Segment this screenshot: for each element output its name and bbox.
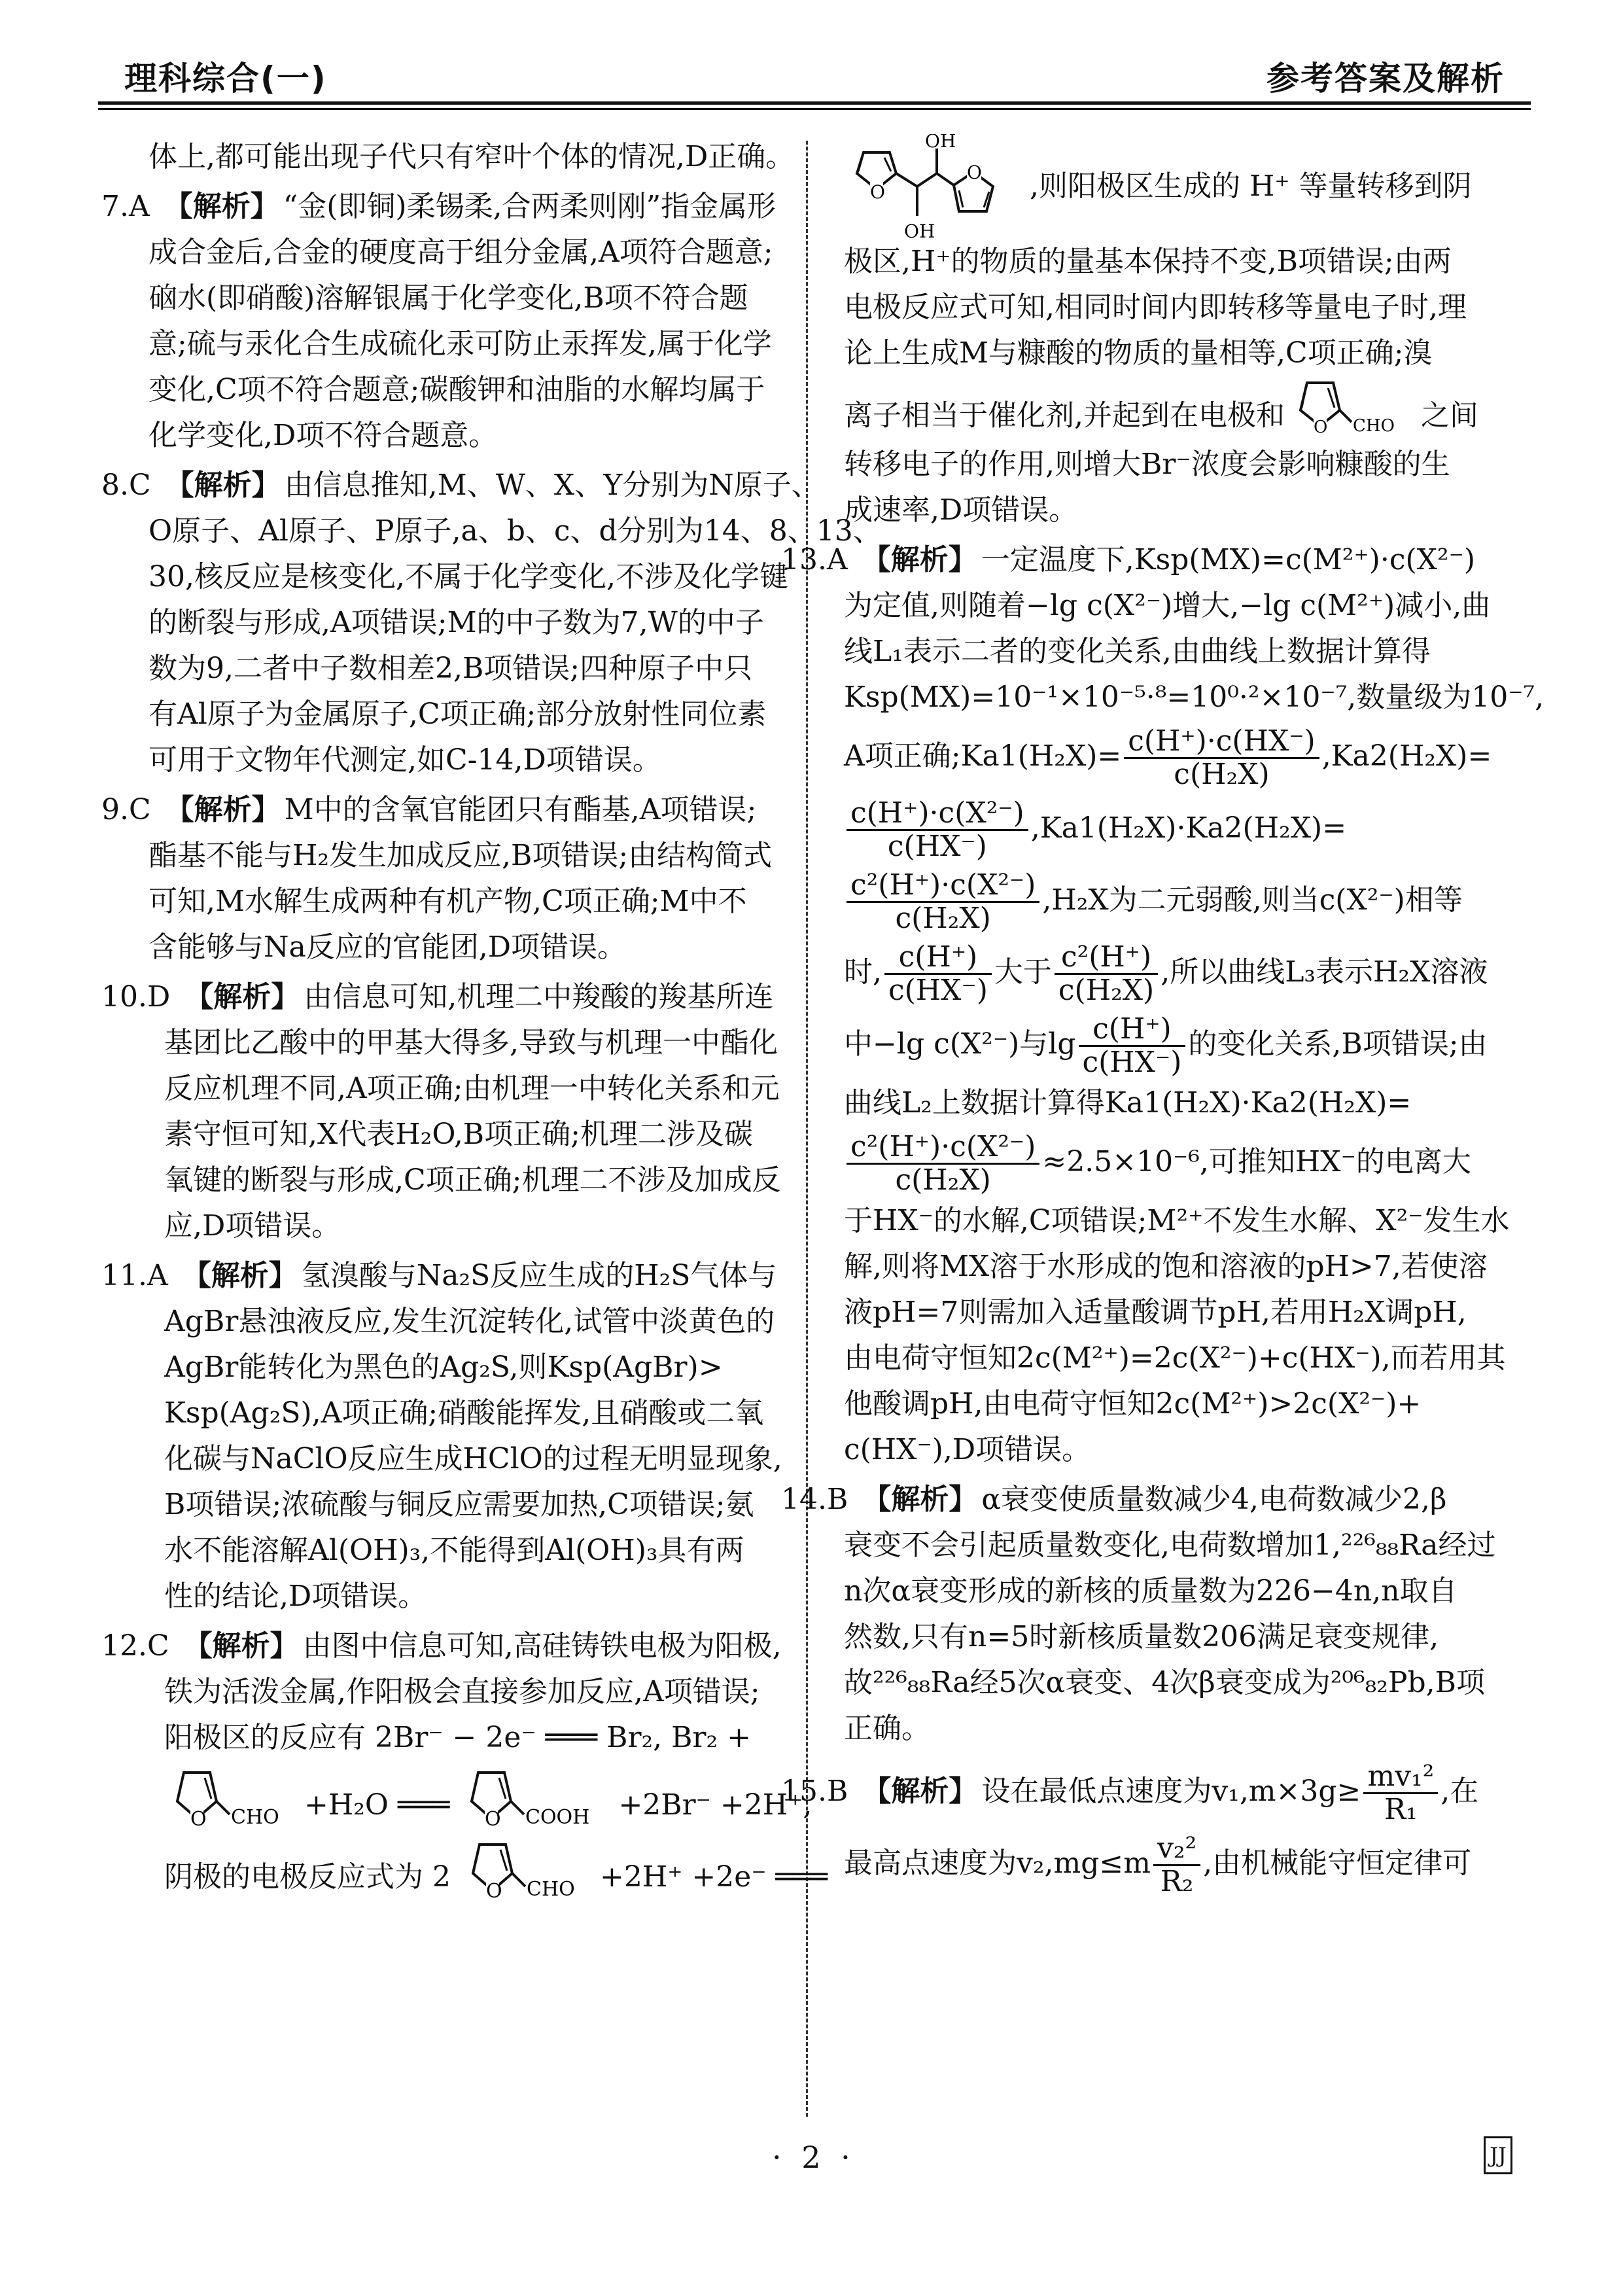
answer-item-10: 10.D【解析】由信息可知,机理二中羧酸的羧基所连 基团比乙酸中的甲基大得多,导… <box>101 974 795 1249</box>
answer-item-13: 13.A【解析】一定温度下,Ksp(MX)=c(M²⁺)·c(X²⁻) 为定值,… <box>844 537 1537 1473</box>
line: 反应机理不同,A项正确;由机理一中转化关系和元 <box>101 1066 795 1112</box>
line: n次α衰变形成的新核的质量数为226−4n,n取自 <box>844 1568 1537 1614</box>
fraction: c²(H⁺)·c(X²⁻)c(H₂X) <box>846 1131 1039 1196</box>
analysis-tag: 【解析】 <box>164 190 279 223</box>
denominator: c(H₂X) <box>1124 759 1319 790</box>
line: 最高点速度为v₂,mg≤mv₂²R₂,由机械能守恒定律可 <box>844 1828 1537 1899</box>
line: “金(即铜)柔锡柔,合两柔则刚”指金属形 <box>283 190 776 223</box>
line: α衰变使质量数减少4,电荷数减少2,β <box>981 1483 1446 1516</box>
line: 极区,H⁺的物质的量基本保持不变,B项错误;由两 <box>844 239 1537 285</box>
line: 素守恒可知,X代表H₂O,B项正确;机理二涉及碳 <box>101 1112 795 1157</box>
numerator: c²(H⁺)·c(X²⁻) <box>846 1131 1039 1165</box>
numerator: v₂² <box>1153 1833 1200 1866</box>
line: c(HX⁻),D项错误。 <box>844 1427 1537 1473</box>
line: Ksp(MX)=10⁻¹×10⁻⁵·⁸=10⁰·²×10⁻⁷,数量级为10⁻⁷, <box>844 675 1537 720</box>
line: 由信息可知,机理二中羧酸的羧基所连 <box>304 980 773 1014</box>
line: 正确。 <box>844 1706 1537 1752</box>
line: 性的结论,D项错误。 <box>101 1574 795 1619</box>
right-column: O OH OH O ,则阳极区生成的 H⁺ 等量转移到阴 极区,H⁺的物质的量基… <box>844 134 1537 1899</box>
analysis-tag: 【解析】 <box>166 793 281 826</box>
ka2-line: c(H⁺)·c(X²⁻)c(HX⁻),Ka1(H₂X)·Ka2(H₂X)= <box>844 792 1537 864</box>
question-number: 12. <box>101 1629 147 1663</box>
svg-text:O: O <box>190 1808 207 1826</box>
line: 曲线L₂上数据计算得Ka1(H₂X)·Ka2(H₂X)= <box>844 1080 1537 1126</box>
svg-text:CHO: CHO <box>231 1806 279 1826</box>
answer-item-15: 15.B【解析】设在最低点速度为v₁,m×3g≥mv₁²R₁,在 最高点速度为v… <box>844 1756 1537 1899</box>
question-number: 7. <box>101 190 129 223</box>
answer-item-12: 12.C【解析】由图中信息可知,高硅铸铁电极为阳极, 铁为活泼金属,作阳极会直接… <box>101 1623 795 1905</box>
equation-tail: +2H⁺ +2e⁻ ═══ <box>600 1860 828 1894</box>
text: 中−lg c(X²⁻)与lg <box>844 1027 1076 1061</box>
line: 30,核反应是核变化,不属于化学变化,不涉及化学键 <box>101 554 795 600</box>
question-number: 13. <box>781 543 827 576</box>
fraction: c(H⁺)·c(HX⁻)c(H₂X) <box>1124 726 1319 790</box>
question-number: 9. <box>101 793 129 826</box>
svg-text:CHO: CHO <box>1353 416 1395 435</box>
answer-letter: B <box>827 1483 848 1516</box>
approx-line: c²(H⁺)·c(X²⁻)c(H₂X)≈2.5×10⁻⁶,可推知HX⁻的电离大 <box>844 1126 1537 1198</box>
line: 化学变化,D项不符合题意。 <box>101 413 795 459</box>
svg-text:CHO: CHO <box>527 1878 575 1898</box>
text: ,由机械能守恒定律可 <box>1203 1846 1471 1880</box>
lg-line: 中−lg c(X²⁻)与lgc(H⁺)c(HX⁻)的变化关系,B项错误;由 <box>844 1008 1537 1080</box>
fraction: mv₁²R₁ <box>1363 1761 1438 1826</box>
continuation-text: 体上,都可能出现子代只有窄叶个体的情况,D正确。 <box>101 134 795 180</box>
line: 的断裂与形成,A项错误;M的中子数为7,W的中子 <box>101 600 795 646</box>
section-title: 参考答案及解析 <box>1266 52 1505 99</box>
text: ,Ka1(H₂X)·Ka2(H₂X)= <box>1031 811 1346 845</box>
answer-letter: A <box>147 1259 168 1292</box>
answer-item-14: 14.B【解析】α衰变使质量数减少4,电荷数减少2,β 衰变不会引起质量数变化,… <box>844 1477 1537 1752</box>
text: ≈2.5×10⁻⁶,可推知HX⁻的电离大 <box>1042 1145 1471 1178</box>
svg-text:OH: OH <box>925 134 956 152</box>
question-number: 14. <box>781 1483 827 1516</box>
line: 酯基不能与H₂发生加成反应,B项错误;由结构简式 <box>101 833 795 879</box>
line: 故²²⁶₈₈Ra经5次α衰变、4次β衰变成为²⁰⁶₈₂Pb,B项 <box>844 1660 1537 1706</box>
question-number: 8. <box>101 468 129 502</box>
line: O原子、Al原子、P原子,a、b、c、d分别为14、8、13、 <box>101 508 795 554</box>
fraction: c²(H⁺)c(H₂X) <box>1055 942 1158 1006</box>
line: 阳极区的反应有 2Br⁻ − 2e⁻ ═══ Br₂, Br₂ + <box>101 1715 795 1761</box>
text: ,在 <box>1440 1775 1478 1808</box>
line: Ksp(Ag₂S),A项正确;硝酸能挥发,且硝酸或二氧 <box>101 1390 795 1436</box>
analysis-tag: 【解析】 <box>184 1629 299 1663</box>
text: 的变化关系,B项错误;由 <box>1188 1027 1487 1061</box>
line: 化碳与NaClO反应生成HClO的过程无明显现象, <box>101 1436 795 1482</box>
svg-text:O: O <box>870 181 885 203</box>
text: 最高点速度为v₂,mg≤m <box>844 1846 1151 1880</box>
header-rule-thick <box>98 101 1531 105</box>
line: 由信息推知,M、W、X、Y分别为N原子、 <box>285 468 820 502</box>
svg-text:O: O <box>1314 417 1327 435</box>
line: 氧键的断裂与形成,C项正确;机理二不涉及加成反 <box>101 1157 795 1203</box>
equation-cathode: 阴极的电极反应式为 2 O CHO +2H⁺ +2e⁻ ═══ <box>101 1833 795 1905</box>
analysis-tag: 【解析】 <box>862 1483 977 1516</box>
item-12-continued-first-line: O OH OH O ,则阳极区生成的 H⁺ 等量转移到阴 <box>844 134 1537 239</box>
line: 衰变不会引起质量数变化,电荷数增加1,²²⁶₈₈Ra经过 <box>844 1523 1537 1568</box>
svg-text:O: O <box>485 1808 501 1826</box>
line: 为定值,则随着−lg c(X²⁻)增大,−lg c(M²⁺)减小,曲 <box>844 583 1537 629</box>
text: 时, <box>844 955 882 989</box>
svg-text:COOH: COOH <box>525 1806 589 1826</box>
line: 基团比乙酸中的甲基大得多,导致与机理一中酯化 <box>101 1020 795 1066</box>
line: AgBr能转化为黑色的Ag₂S,则Ksp(AgBr)> <box>101 1345 795 1390</box>
line: 水不能溶解Al(OH)₃,不能得到Al(OH)₃具有两 <box>101 1528 795 1574</box>
line: 他酸调pH,由电荷守恒知2c(M²⁺)>2c(X²⁻)+ <box>844 1381 1537 1427</box>
svg-text:O: O <box>967 162 982 183</box>
denominator: c(HX⁻) <box>1079 1047 1186 1078</box>
line: 液pH=7则需加入适量酸调节pH,若用H₂X调pH, <box>844 1290 1537 1335</box>
fraction: c(H⁺)c(HX⁻) <box>1079 1014 1186 1078</box>
line: B项错误;浓硫酸与铜反应需要加热,C项错误;氨 <box>101 1482 795 1528</box>
line: 数为9,二者中子数相差2,B项错误;四种原子中只 <box>101 646 795 692</box>
line: 有Al原子为金属原子,C项正确;部分放射性同位素 <box>101 692 795 737</box>
fraction: c(H⁺)·c(X²⁻)c(HX⁻) <box>846 798 1028 862</box>
page-number: · 2 · <box>772 2140 856 2175</box>
furfural-structure-icon: O CHO <box>460 1833 591 1925</box>
line: 铁为活泼金属,作阳极会直接参加反应,A项错误; <box>101 1669 795 1715</box>
text: ,Ka2(H₂X)= <box>1322 739 1492 773</box>
ka1-line: A项正确;Ka1(H₂X)=c(H⁺)·c(HX⁻)c(H₂X),Ka2(H₂X… <box>844 720 1537 792</box>
line: 硇水(即硝酸)溶解银属于化学变化,B项不符合题 <box>101 275 795 321</box>
fraction: c(H⁺)c(HX⁻) <box>884 942 992 1006</box>
line: M中的含氧官能团只有酯基,A项错误; <box>285 793 757 826</box>
numerator: c(H⁺)·c(X²⁻) <box>846 798 1028 831</box>
line: 论上生成M与糠酸的物质的量相等,C项正确;溴 <box>844 330 1537 376</box>
text: ,H₂X为二元弱酸,则当c(X²⁻)相等 <box>1042 883 1462 917</box>
analysis-tag: 【解析】 <box>183 1259 298 1292</box>
line: 转移电子的作用,则增大Br⁻浓度会影响糠酸的生 <box>844 442 1537 487</box>
line: 可知,M水解生成两种有机产物,C项正确;M中不 <box>101 879 795 925</box>
answer-letter: C <box>129 793 151 826</box>
edition-code: JJ <box>1484 2136 1512 2174</box>
line: ,则阳极区生成的 H⁺ 等量转移到阴 <box>1030 169 1472 203</box>
equation-furfural-oxidation: O CHO +H₂O ═══ O COOH +2Br⁻ +2H⁺, <box>101 1761 795 1833</box>
line: 意;硫与汞化合生成硫化汞可防止汞挥发,属于化学 <box>101 321 795 367</box>
answer-letter: C <box>129 468 151 502</box>
denominator: c(HX⁻) <box>846 831 1028 862</box>
line: AgBr悬浊液反应,发生沉淀转化,试管中淡黄色的 <box>101 1299 795 1345</box>
equation-prefix: 阴极的电极反应式为 2 <box>164 1860 451 1894</box>
line: 一定温度下,Ksp(MX)=c(M²⁺)·c(X²⁻) <box>981 543 1475 576</box>
denominator: c(HX⁻) <box>884 975 992 1006</box>
page-header: 理科综合(一) 参考答案及解析 <box>98 46 1531 118</box>
answer-letter: A <box>129 190 150 223</box>
numerator: c²(H⁺)·c(X²⁻) <box>846 870 1039 903</box>
line-text: 离子相当于催化剂,并起到在电极和 <box>844 399 1285 433</box>
answer-item-11: 11.A【解析】氢溴酸与Na₂S反应生成的H₂S气体与 AgBr悬浊液反应,发生… <box>101 1253 795 1619</box>
analysis-tag: 【解析】 <box>184 980 300 1014</box>
left-column: 体上,都可能出现子代只有窄叶个体的情况,D正确。 7.A【解析】“金(即铜)柔锡… <box>101 134 795 1905</box>
question-number: 11. <box>101 1259 147 1292</box>
denominator: R₂ <box>1153 1866 1200 1898</box>
fraction: c²(H⁺)·c(X²⁻)c(H₂X) <box>846 870 1039 934</box>
answer-letter: B <box>827 1775 848 1808</box>
answer-letter: C <box>147 1629 169 1663</box>
numerator: c(H⁺)·c(HX⁻) <box>1124 726 1319 759</box>
compare-line: 时,c(H⁺)c(HX⁻)大于c²(H⁺)c(H₂X),所以曲线L₃表示H₂X溶… <box>844 936 1537 1008</box>
subject-title: 理科综合(一) <box>124 52 327 99</box>
line-with-furfural: 离子相当于催化剂,并起到在电极和 O CHO 之间 <box>844 376 1537 442</box>
denominator: c(H₂X) <box>846 1165 1039 1196</box>
line: 可用于文物年代测定,如C-14,D项错误。 <box>101 737 795 783</box>
line: 于HX⁻的水解,C项错误;M²⁺不发生水解、X²⁻发生水 <box>844 1198 1537 1244</box>
line: 由图中信息可知,高硅铸铁电极为阳极, <box>303 1629 782 1663</box>
answer-item-9: 9.C【解析】M中的含氧官能团只有酯基,A项错误; 酯基不能与H₂发生加成反应,… <box>101 787 795 970</box>
line: 由电荷守恒知2c(M²⁺)=2c(X²⁻)+c(HX⁻),而若用其 <box>844 1335 1537 1381</box>
product-line: c²(H⁺)·c(X²⁻)c(H₂X),H₂X为二元弱酸,则当c(X²⁻)相等 <box>844 864 1537 936</box>
line-text: 之间 <box>1421 399 1478 433</box>
question-number: 10. <box>101 980 147 1014</box>
equation-plus-water: +H₂O <box>304 1788 389 1822</box>
numerator: c²(H⁺) <box>1055 942 1158 975</box>
header-rule-thin <box>98 108 1531 110</box>
numerator: mv₁² <box>1363 1761 1438 1794</box>
text: A项正确;Ka1(H₂X)= <box>844 739 1121 773</box>
question-number: 15. <box>781 1775 827 1808</box>
denominator: c(H₂X) <box>846 903 1039 934</box>
line: 变化,C项不符合题意;碳酸钾和油脂的水解均属于 <box>101 367 795 413</box>
line: 电极反应式可知,相同时间内即转移等量电子时,理 <box>844 285 1537 330</box>
line: 线L₁表示二者的变化关系,由曲线上数据计算得 <box>844 629 1537 675</box>
line: 成速率,D项错误。 <box>844 487 1537 533</box>
answer-letter: D <box>147 980 170 1014</box>
analysis-tag: 【解析】 <box>166 468 281 502</box>
answer-letter: A <box>827 543 848 576</box>
analysis-tag: 【解析】 <box>862 1775 977 1808</box>
text: 大于 <box>994 955 1052 989</box>
line: 应,D项错误。 <box>101 1203 795 1249</box>
svg-text:O: O <box>486 1880 502 1898</box>
text: 设在最低点速度为v₁,m×3g≥ <box>981 1775 1361 1808</box>
line: 成合金后,合金的硬度高于组分金属,A项符合题意; <box>101 230 795 275</box>
analysis-tag: 【解析】 <box>862 543 977 576</box>
line: 含能够与Na反应的官能团,D项错误。 <box>101 925 795 970</box>
equals-sign: ═══ <box>398 1788 449 1822</box>
fraction: v₂²R₂ <box>1153 1833 1200 1898</box>
line: 氢溴酸与Na₂S反应生成的H₂S气体与 <box>302 1259 777 1292</box>
line: 解,则将MX溶于水形成的饱和溶液的pH>7,若使溶 <box>844 1244 1537 1290</box>
numerator: c(H⁺) <box>884 942 992 975</box>
numerator: c(H⁺) <box>1079 1014 1186 1047</box>
answer-item-7: 7.A【解析】“金(即铜)柔锡柔,合两柔则刚”指金属形 成合金后,合金的硬度高于… <box>101 184 795 459</box>
denominator: c(H₂X) <box>1055 975 1158 1006</box>
text: ,所以曲线L₃表示H₂X溶液 <box>1161 955 1488 989</box>
answer-item-8: 8.C【解析】由信息推知,M、W、X、Y分别为N原子、 O原子、Al原子、P原子… <box>101 463 795 783</box>
denominator: R₁ <box>1363 1794 1438 1826</box>
line: 然数,只有n=5时新核质量数206满足衰变规律, <box>844 1614 1537 1660</box>
